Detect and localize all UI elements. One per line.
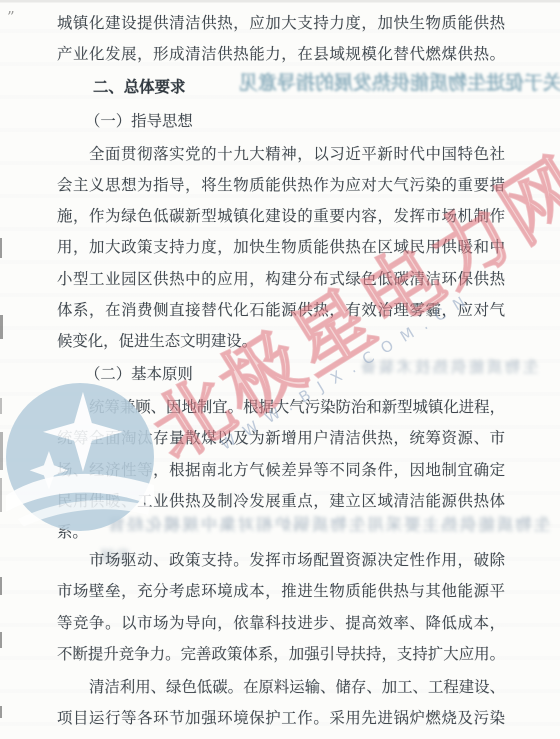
sub-heading: （二）基本原则 — [57, 359, 505, 390]
text-line: 产业化发展，形成清洁供热能力，在县域规模化替代燃煤供热。 — [57, 39, 505, 70]
subheading-text: （一）指导思想 — [57, 106, 505, 137]
text-line: 场、经济性等，根据南北方气候差异等不同条件，因地制宜确定 — [57, 455, 505, 486]
scan-artifact — [0, 315, 3, 339]
subheading-text: （二）基本原则 — [57, 359, 505, 390]
text-line: 统筹兼顾、因地制宜。根据大气污染防治和新型城镇化进程， — [57, 392, 505, 423]
paragraph: 市场驱动、政策支持。发挥市场配置资源决定性作用，破除市场壁垒，充分考虑环境成本，… — [57, 545, 505, 670]
text-line: 不断提升竞争力。完善政策体系，加强引导扶持，支持扩大应用。 — [57, 639, 505, 670]
text-line: 全面贯彻落实党的十九大精神，以习近平新时代中国特色社 — [57, 139, 505, 170]
text-line: 清洁利用、绿色低碳。在原料运输、储存、加工、工程建设、 — [57, 672, 505, 703]
scan-artifact — [0, 478, 2, 512]
heading-text: 二、总体要求 — [57, 72, 505, 103]
text-line: 民用供暖、工业供热及制冷发展重点，建立区域清洁能源供热体 — [57, 486, 505, 517]
text-line: 城镇化建设提供清洁供热，应加大支持力度，加快生物质能供热 — [57, 8, 505, 39]
text-line: 小型工业园区供热中的应用，构建分布式绿色低碳清洁环保供热 — [57, 264, 505, 295]
paragraph: 清洁利用、绿色低碳。在原料运输、储存、加工、工程建设、项目运行等各环节加强环境保… — [57, 672, 505, 734]
text-line: 系。 — [57, 517, 505, 548]
text-line: 体系，在消费侧直接替代化石能源供热，有效治理雾霾，应对气 — [57, 295, 505, 326]
text-line: 会主义思想为指导，将生物质能供热作为应对大气污染的重要措 — [57, 170, 505, 201]
section-heading: 二、总体要求 — [57, 72, 505, 103]
text-line: 等竞争。以市场为导向，依靠科技进步、提高效率、降低成本， — [57, 608, 505, 639]
text-line: 项目运行等各环节加强环境保护工作。采用先进锅炉燃烧及污染 — [57, 703, 505, 734]
scan-artifact — [0, 706, 2, 718]
scan-artifact — [0, 632, 2, 648]
document-page: 关于促进生物质能供热发展的指导意见 生物质能供热技术装备 生物质能供热主要采用生… — [0, 0, 560, 739]
text-line: 统筹全面淘汰存量散煤以及为新增用户清洁供热，统筹资源、市 — [57, 423, 505, 454]
text-line: 用，加大政策支持力度，加快生物质能供热在区域民用供暖和中 — [57, 232, 505, 263]
scan-artifact — [0, 432, 3, 470]
text-line: 候变化，促进生态文明建设。 — [57, 326, 505, 357]
text-line: 市场驱动、政策支持。发挥市场配置资源决定性作用，破除 — [57, 545, 505, 576]
paragraph: 城镇化建设提供清洁供热，应加大支持力度，加快生物质能供热产业化发展，形成清洁供热… — [57, 8, 505, 70]
scan-artifact — [0, 577, 2, 595]
paragraph: 全面贯彻落实党的十九大精神，以习近平新时代中国特色社会主义思想为指导，将生物质能… — [57, 139, 505, 357]
paragraph: 统筹兼顾、因地制宜。根据大气污染防治和新型城镇化进程，统筹全面淘汰存量散煤以及为… — [57, 392, 505, 548]
text-line: 市场壁垒，充分考虑环境成本，推进生物质能供热与其他能源平 — [57, 576, 505, 607]
scan-speck: ” — [7, 8, 15, 26]
scan-artifact — [0, 238, 2, 258]
text-line: 施，作为绿色低碳新型城镇化建设的重要内容，发挥市场机制作 — [57, 201, 505, 232]
scan-artifact — [0, 398, 2, 414]
sub-heading: （一）指导思想 — [57, 106, 505, 137]
document-text: 城镇化建设提供清洁供热，应加大支持力度，加快生物质能供热产业化发展，形成清洁供热… — [57, 8, 505, 734]
